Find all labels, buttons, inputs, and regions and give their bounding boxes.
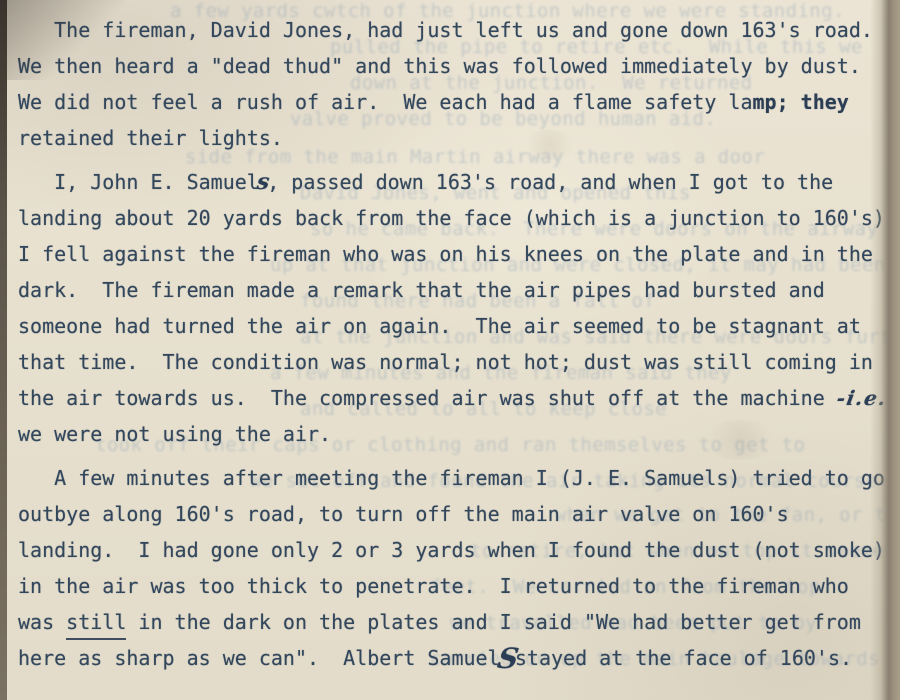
typed-line: A few minutes after meeting the fireman …	[18, 460, 890, 496]
typed-text: here as sharp as we can". Albert Samuel	[18, 646, 500, 670]
typed-line: here as sharp as we can". Albert SamuelS…	[18, 640, 890, 676]
typed-text: I fell against the fireman who was on hi…	[18, 242, 873, 266]
typed-line: outbye along 160's road, to turn off the…	[18, 496, 890, 532]
typed-text: We did not feel a rush of air. We each h…	[18, 90, 753, 114]
typed-text: the air towards us. The compressed air w…	[18, 386, 837, 410]
typed-text: in the air was too thick to penetrate. I…	[18, 574, 849, 598]
typed-text: The fireman, David Jones, had just left …	[18, 18, 873, 42]
typed-text: dark. The fireman made a remark that the…	[18, 278, 825, 302]
typed-line: the air towards us. The compressed air w…	[18, 380, 890, 416]
typed-text: We then heard a "dead thud" and this was…	[18, 54, 861, 78]
typed-line: landing about 20 yards back from the fac…	[18, 200, 890, 236]
typed-text: landing about 20 yards back from the fac…	[18, 206, 885, 230]
typed-line: We then heard a "dead thud" and this was…	[18, 48, 890, 84]
typed-text: stayed at the face of 160's.	[515, 646, 852, 670]
typed-text: retained their lights.	[18, 126, 283, 150]
typed-text: I, John E. Samuel	[18, 170, 259, 194]
typed-text: A few minutes after meeting the fireman …	[18, 466, 885, 490]
underlined-word-still: still	[66, 607, 126, 640]
typed-line: The fireman, David Jones, had just left …	[18, 12, 890, 48]
typed-text-layer: The fireman, David Jones, had just left …	[18, 12, 890, 676]
typed-text: that time. The condition was normal; not…	[18, 350, 873, 374]
typed-line: we were not using the air.	[18, 416, 890, 452]
typed-line: We did not feel a rush of air. We each h…	[18, 84, 890, 120]
typed-text: someone had turned the air on again. The…	[18, 314, 861, 338]
typed-text: outbye along 160's road, to turn off the…	[18, 502, 789, 526]
typed-text: we were not using the air.	[18, 422, 331, 446]
typed-text: was	[18, 610, 66, 634]
typed-line: dark. The fireman made a remark that the…	[18, 272, 890, 308]
typed-line: I, John E. Samuels, passed down 163's ro…	[18, 164, 890, 200]
typed-line: retained their lights.	[18, 120, 890, 156]
typed-line: landing. I had gone only 2 or 3 yards wh…	[18, 532, 890, 568]
typed-text: in the dark on the plates and I said "We…	[126, 610, 861, 634]
scan-edge-left	[0, 0, 7, 700]
typed-text: landing. I had gone only 2 or 3 yards wh…	[18, 538, 885, 562]
typed-line: was still in the dark on the plates and …	[18, 604, 890, 640]
typed-text-heavy: mp; they	[753, 90, 849, 114]
typed-line: that time. The condition was normal; not…	[18, 344, 890, 380]
typed-text: , passed down 163's road, and when I got…	[267, 170, 833, 194]
handwritten-correction-s: s	[255, 164, 271, 200]
document-page: a few yards cwtch of the junction where …	[0, 0, 900, 700]
scan-edge-right	[870, 0, 900, 700]
typed-line: someone had turned the air on again. The…	[18, 308, 890, 344]
typed-line: in the air was too thick to penetrate. I…	[18, 568, 890, 604]
typed-line: I fell against the fireman who was on hi…	[18, 236, 890, 272]
